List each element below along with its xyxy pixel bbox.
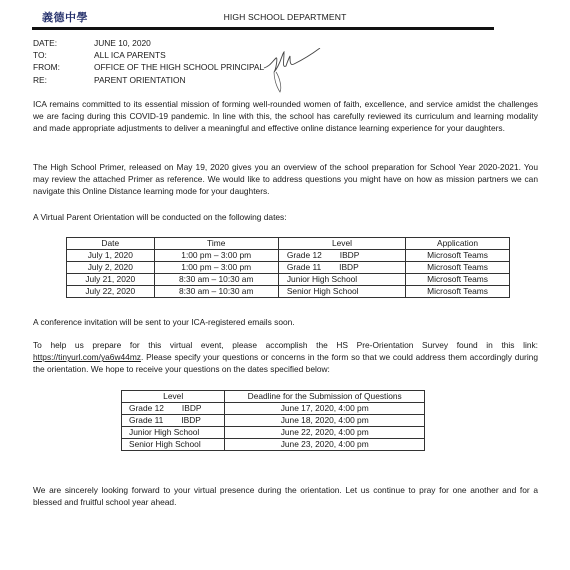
table-header-row: Date Time Level Application — [67, 238, 510, 250]
level-program: IBDP — [182, 403, 202, 413]
table-header-row: Level Deadline for the Submission of Que… — [122, 391, 425, 403]
memo-date-row: DATE:JUNE 10, 2020 — [33, 37, 264, 49]
column-header-application: Application — [406, 238, 510, 250]
paragraph-survey: To help us prepare for this virtual even… — [33, 339, 538, 376]
paragraph-orientation-intro: A Virtual Parent Orientation will be con… — [33, 211, 538, 223]
cell-deadline: June 18, 2020, 4:00 pm — [225, 415, 425, 427]
table-row: July 2, 2020 1:00 pm – 3:00 pm Grade 11I… — [67, 262, 510, 274]
level-name: Grade 11 — [287, 262, 321, 272]
table-row: Grade 11IBDP June 18, 2020, 4:00 pm — [122, 415, 425, 427]
level-name: Grade 12 — [129, 403, 164, 413]
memo-value: ALL ICA PARENTS — [94, 50, 166, 60]
level-name: Grade 12 — [287, 250, 322, 260]
memo-re-row: RE:PARENT ORIENTATION — [33, 74, 264, 86]
column-header-level: Level — [278, 238, 405, 250]
level-program: IBDP — [339, 262, 359, 272]
paragraph-invitation: A conference invitation will be sent to … — [33, 316, 538, 328]
column-header-time: Time — [154, 238, 278, 250]
memo-value: PARENT ORIENTATION — [94, 75, 186, 85]
column-header-level: Level — [122, 391, 225, 403]
table-row: July 1, 2020 1:00 pm – 3:00 pm Grade 12I… — [67, 250, 510, 262]
cell-level: Grade 11IBDP — [278, 262, 405, 274]
orientation-schedule-table: Date Time Level Application July 1, 2020… — [66, 237, 510, 298]
paragraph-closing: We are sincerely looking forward to your… — [33, 484, 538, 508]
table-row: July 21, 2020 8:30 am – 10:30 am Junior … — [67, 274, 510, 286]
cell-date: July 2, 2020 — [67, 262, 155, 274]
cell-date: July 21, 2020 — [67, 274, 155, 286]
level-program: IBDP — [340, 250, 360, 260]
cell-application: Microsoft Teams — [406, 262, 510, 274]
question-deadline-table: Level Deadline for the Submission of Que… — [121, 390, 425, 451]
memo-header: DATE:JUNE 10, 2020 TO:ALL ICA PARENTS FR… — [33, 37, 264, 86]
memo-value: OFFICE OF THE HIGH SCHOOL PRINCIPAL — [94, 62, 264, 72]
memo-label: TO: — [33, 49, 94, 61]
memo-value: JUNE 10, 2020 — [94, 38, 151, 48]
table-row: Grade 12IBDP June 17, 2020, 4:00 pm — [122, 403, 425, 415]
cell-level: Junior High School — [278, 274, 405, 286]
column-header-deadline: Deadline for the Submission of Questions — [225, 391, 425, 403]
level-name: Grade 11 — [129, 415, 163, 425]
header-rule — [32, 27, 494, 30]
cell-application: Microsoft Teams — [406, 250, 510, 262]
cell-application: Microsoft Teams — [406, 286, 510, 298]
cell-level: Senior High School — [122, 439, 225, 451]
survey-link[interactable]: https://tinyurl.com/ya6w44mz — [33, 352, 141, 362]
memo-from-row: FROM:OFFICE OF THE HIGH SCHOOL PRINCIPAL — [33, 61, 264, 73]
column-header-date: Date — [67, 238, 155, 250]
cell-deadline: June 22, 2020, 4:00 pm — [225, 427, 425, 439]
table-row: Junior High School June 22, 2020, 4:00 p… — [122, 427, 425, 439]
cell-time: 1:00 pm – 3:00 pm — [154, 250, 278, 262]
cell-level: Grade 12IBDP — [122, 403, 225, 415]
cell-level: Grade 12IBDP — [278, 250, 405, 262]
cell-level: Senior High School — [278, 286, 405, 298]
memo-page: 義德中學 HIGH SCHOOL DEPARTMENT DATE:JUNE 10… — [0, 0, 570, 570]
memo-to-row: TO:ALL ICA PARENTS — [33, 49, 264, 61]
cell-level: Grade 11IBDP — [122, 415, 225, 427]
memo-label: RE: — [33, 74, 94, 86]
memo-label: FROM: — [33, 61, 94, 73]
department-title: HIGH SCHOOL DEPARTMENT — [0, 12, 570, 22]
cell-date: July 1, 2020 — [67, 250, 155, 262]
cell-time: 8:30 am – 10:30 am — [154, 274, 278, 286]
cell-deadline: June 23, 2020, 4:00 pm — [225, 439, 425, 451]
paragraph-mission: ICA remains committed to its essential m… — [33, 98, 538, 135]
cell-time: 1:00 pm – 3:00 pm — [154, 262, 278, 274]
table-row: July 22, 2020 8:30 am – 10:30 am Senior … — [67, 286, 510, 298]
survey-text-before: To help us prepare for this virtual even… — [33, 340, 538, 350]
signature-icon — [262, 48, 322, 94]
memo-label: DATE: — [33, 37, 94, 49]
table-row: Senior High School June 23, 2020, 4:00 p… — [122, 439, 425, 451]
cell-date: July 22, 2020 — [67, 286, 155, 298]
cell-deadline: June 17, 2020, 4:00 pm — [225, 403, 425, 415]
cell-level: Junior High School — [122, 427, 225, 439]
level-program: IBDP — [181, 415, 201, 425]
paragraph-primer: The High School Primer, released on May … — [33, 161, 538, 198]
cell-time: 8:30 am – 10:30 am — [154, 286, 278, 298]
cell-application: Microsoft Teams — [406, 274, 510, 286]
